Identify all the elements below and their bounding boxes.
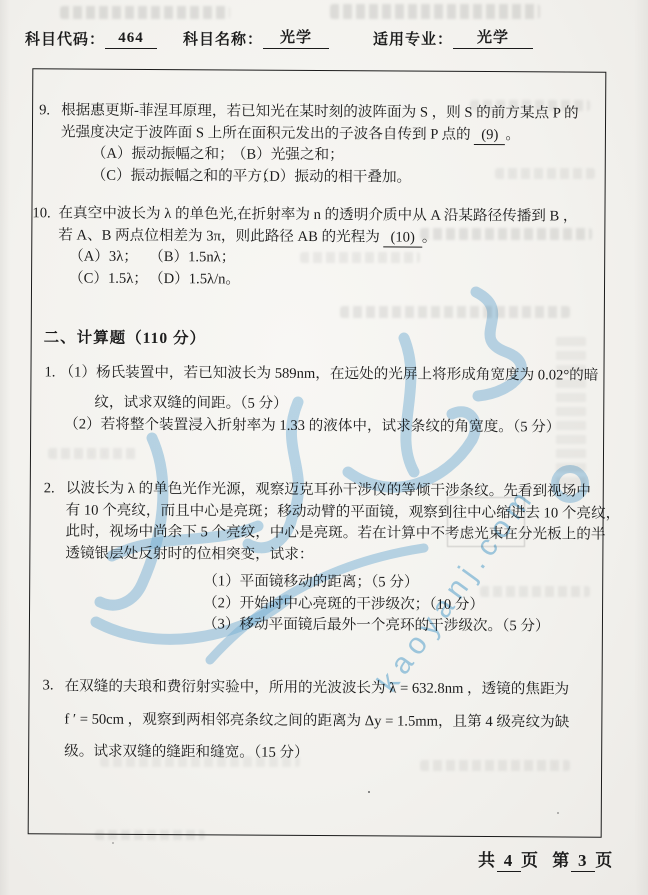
question-line: 级。试求双缝的缝距和缝宽。（15 分）: [64, 735, 569, 771]
subject-name-value: 光学: [263, 26, 329, 49]
current-page-suffix: 页: [595, 851, 614, 870]
question-line: 若 A、B 两点位相差为 3π，则此路径 AB 的光程为 (10)。: [58, 225, 577, 250]
question-line: 根据惠更斯-菲涅耳原理，若已知光在某时刻的波阵面为 S ，则 S 的前方某点 P…: [61, 100, 579, 125]
current-page-prefix: 第: [552, 851, 571, 870]
bleed-through-smudge: [60, 6, 230, 19]
question-line: （1）杨氏装置中，若已知波长为 589nm，在远处的光屏上将形成角宽度为 0.0…: [59, 362, 598, 387]
bleed-through-smudge: [330, 4, 540, 19]
total-pages-suffix: 页: [521, 851, 540, 870]
question-border-box: 9. 根据惠更斯-菲涅耳原理，若已知光在某时刻的波阵面为 S ，则 S 的前方某…: [28, 68, 607, 837]
answer-blank-10: (10): [383, 229, 421, 247]
question-10: 10. 在真空中波长为 λ 的单色光,在折射率为 n 的透明介质中从 A 沿某路…: [58, 203, 578, 292]
current-page: 3: [571, 851, 595, 872]
option-c: （C）振动振幅之和的平方；: [92, 165, 255, 187]
question-calc-3: 3. 在双缝的夫琅和费衍射实验中，所用的光波波长为 λ = 632.8nm ，透…: [64, 670, 570, 771]
question-9: 9. 根据惠更斯-菲涅耳原理，若已知光在某时刻的波阵面为 S ，则 S 的前方某…: [61, 100, 579, 189]
question-calc-1: 1. （1）杨氏装置中，若已知波长为 589nm，在远处的光屏上将形成角宽度为 …: [59, 362, 598, 438]
option-a: （A）3λ；: [69, 246, 149, 268]
subject-code-value: 464: [105, 30, 157, 49]
exam-header: 科目代码：464 科目名称：光学 适用专业：光学: [25, 26, 625, 49]
exam-scan-page: 科目代码：464 科目名称：光学 适用专业：光学 9. 根据惠更斯-菲涅耳原理，…: [0, 0, 648, 895]
answer-blank-9: (9): [474, 126, 505, 144]
sub-item: （3）移动平面镜后最外一个亮环的干涉级次。（5 分）: [203, 614, 620, 638]
option-c: （C）1.5λ；: [69, 268, 149, 290]
question-line: 在双缝的夫琅和费衍射实验中，所用的光波波长为 λ = 632.8nm ，透镜的焦…: [64, 670, 569, 706]
option-b: （B）光强之和；: [232, 144, 344, 166]
question-line: 光强度决定于波阵面 S 上所在面积元发出的子波各自传到 P 点的 (9)。: [61, 122, 579, 147]
page-footer: 共4页 第3页: [478, 846, 614, 872]
ink-dot: [112, 842, 114, 844]
subject-code-label: 科目代码：: [25, 28, 105, 49]
question-line: f ′ = 50cm ，观察到两相邻亮条纹之间的距离为 Δy = 1.5mm，且…: [64, 703, 569, 739]
total-pages: 4: [497, 851, 521, 872]
question-line: 透镜银层处反射时的位相突变，试求：: [65, 543, 620, 568]
question-10-number: 10.: [32, 203, 50, 225]
subject-name-label: 科目名称：: [183, 28, 263, 49]
total-pages-prefix: 共: [478, 851, 497, 870]
question-calc-2: 2. 以波长为 λ 的单色光作光源，观察迈克耳孙干涉仪的等倾干涉条纹。先看到视场…: [65, 478, 621, 638]
sub-item: （2）开始时中心亮斑的干涉级次；（10 分）: [203, 593, 620, 617]
major-value: 光学: [453, 26, 533, 49]
option-d: （D）振动的相干叠加。: [255, 166, 412, 188]
sub-item: （1）平面镜移动的距离；（5 分）: [203, 571, 620, 595]
question-line: （2）若将整个装置浸入折射率为 1.33 的液体中，试求条纹的角宽度。（5 分）: [64, 414, 598, 439]
major-label: 适用专业：: [373, 28, 453, 49]
option-a: （A）振动振幅之和；: [92, 144, 232, 166]
question-line: 在真空中波长为 λ 的单色光,在折射率为 n 的透明介质中从 A 沿某路径传播到…: [58, 203, 577, 228]
question-line: 纹，试求双缝的间距。（5 分）: [94, 393, 598, 418]
question-line: 以波长为 λ 的单色光作光源，观察迈克耳孙干涉仪的等倾干涉条纹。先看到视场中: [66, 478, 621, 503]
question-2-number: 2.: [44, 478, 55, 500]
question-1-number: 1.: [44, 362, 55, 384]
question-line: 此时，视场中尚余下 5 个亮纹，中心是亮斑。若在计算中不考虑光束在分光板上的半: [65, 521, 620, 546]
section-2-heading: 二、计算题（110 分）: [44, 327, 206, 349]
option-b: （B）1.5nλ；: [149, 247, 235, 269]
option-d: （D）1.5λ/n。: [149, 268, 240, 290]
question-9-number: 9.: [39, 100, 50, 122]
question-3-number: 3.: [43, 675, 54, 697]
